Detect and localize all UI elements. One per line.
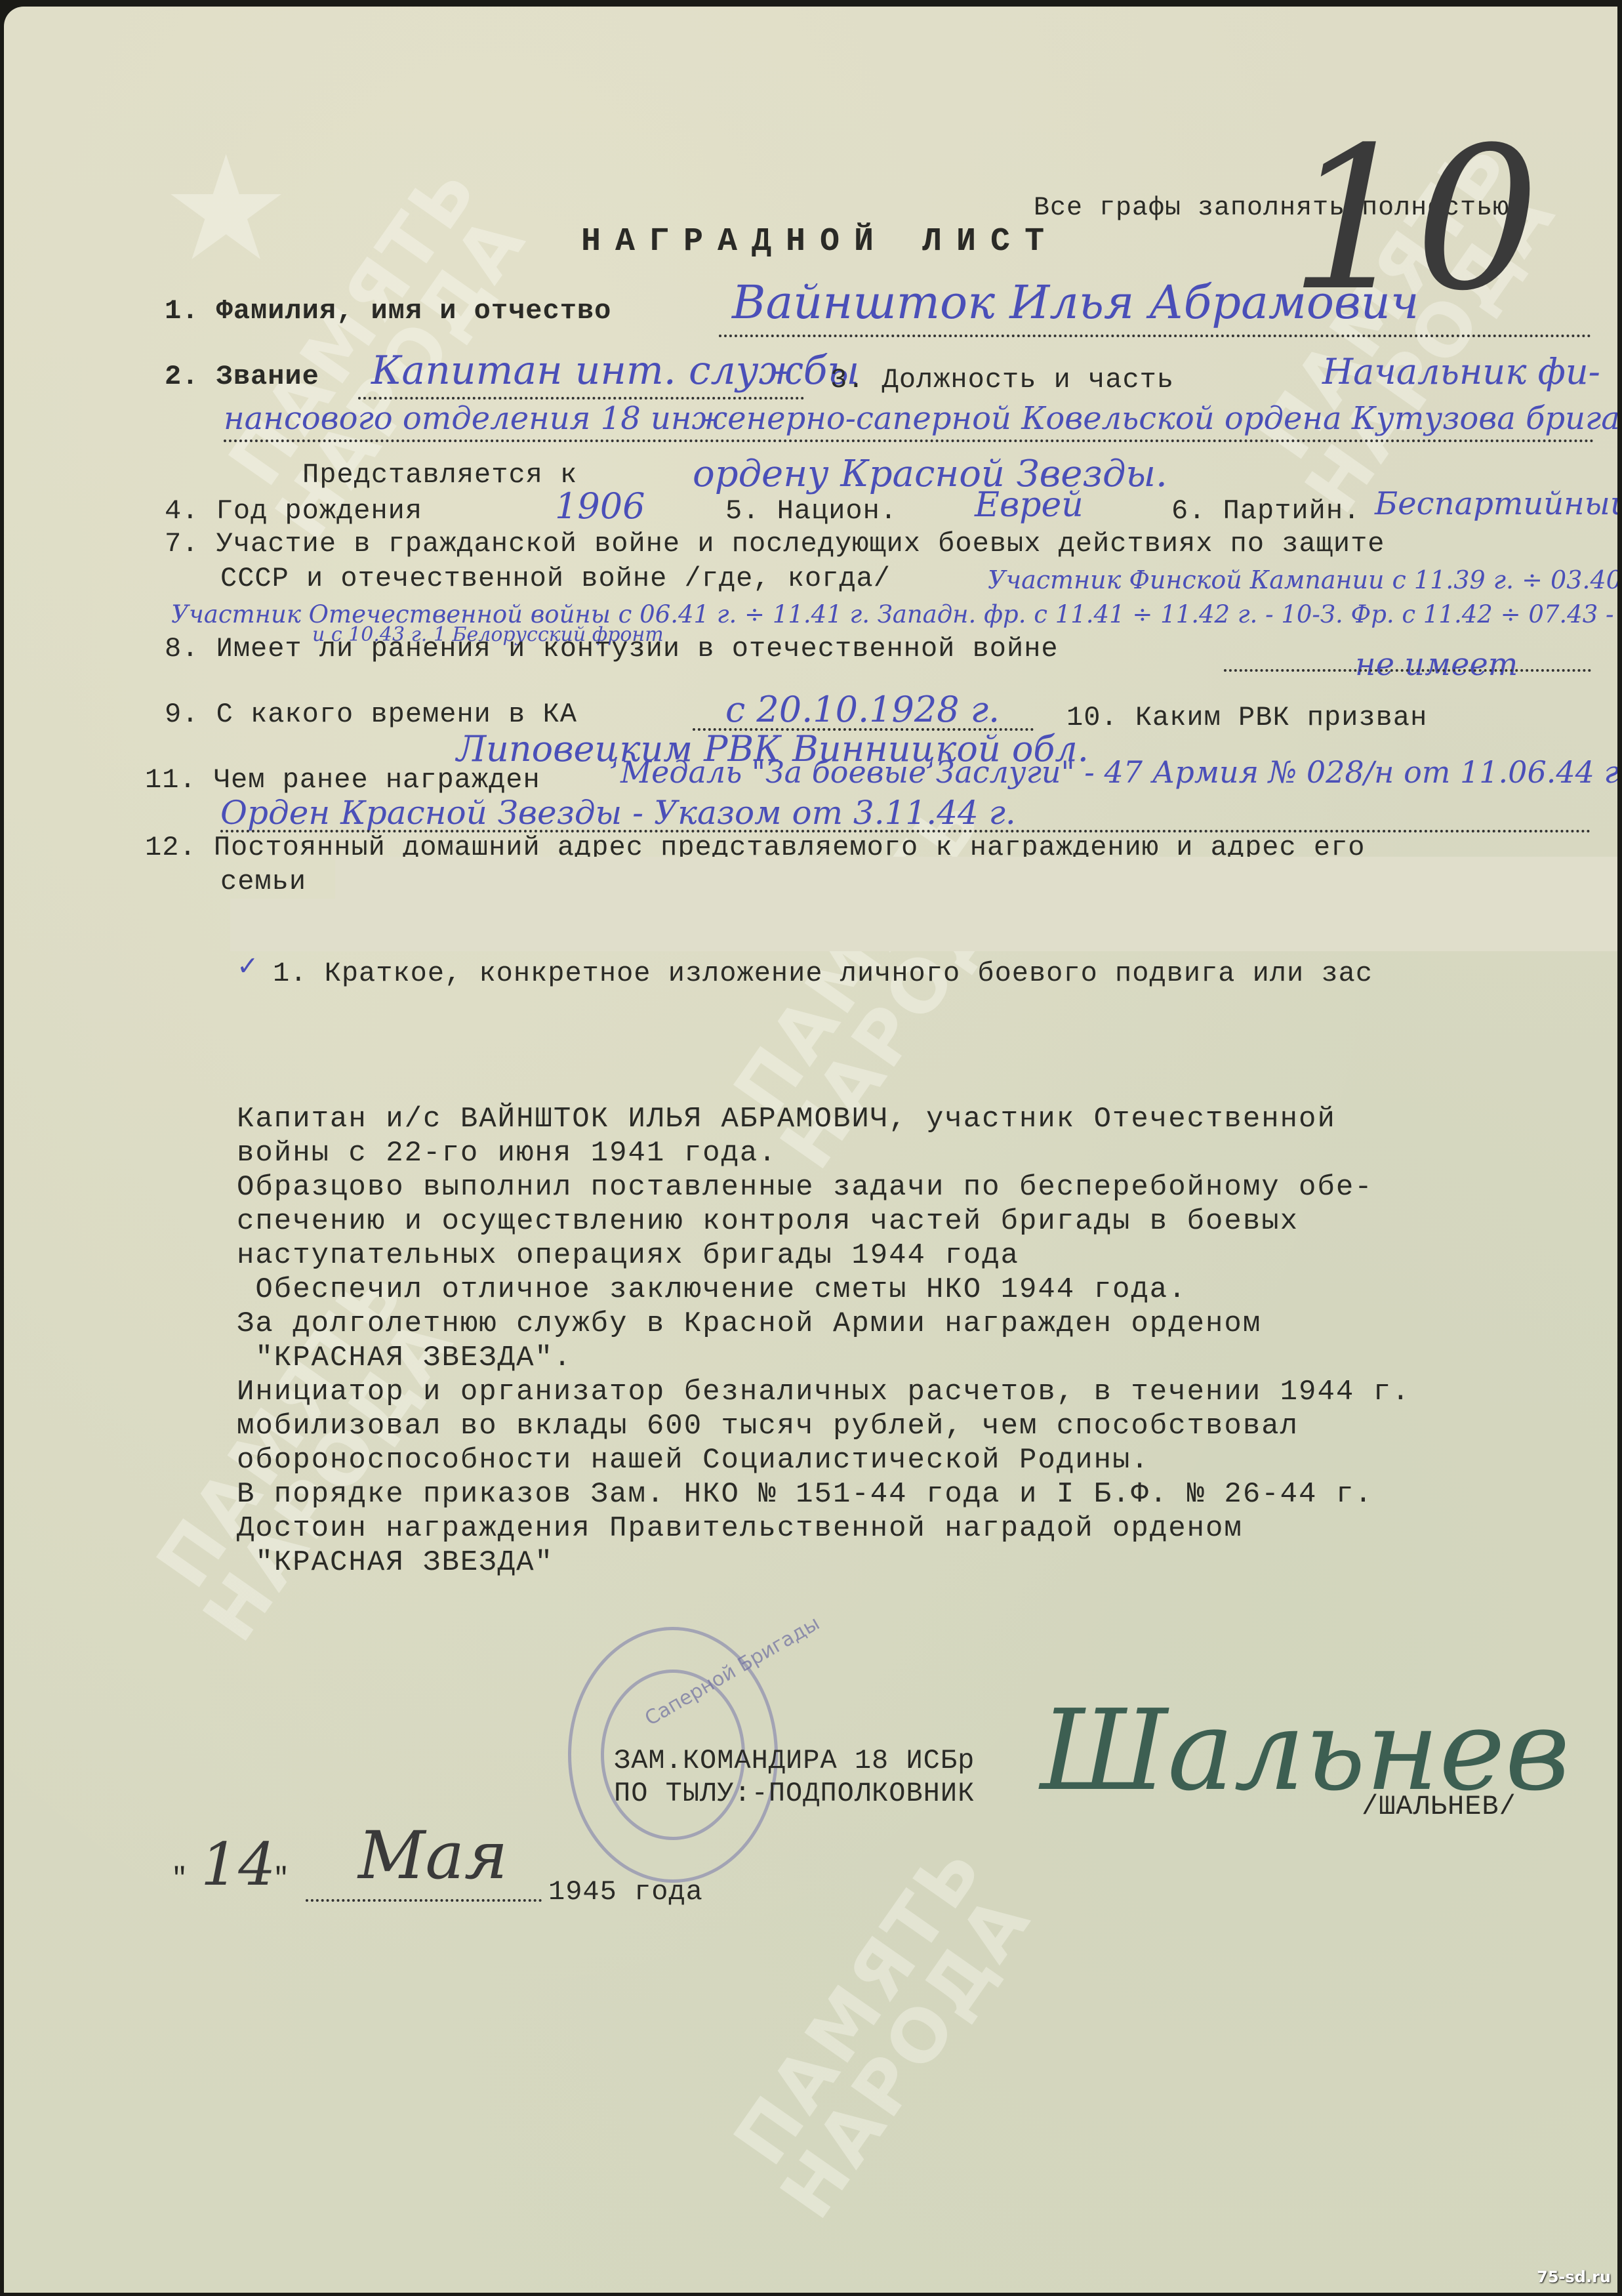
field-war-participation-label-line1: 7. Участие в гражданской войне и последу…	[165, 528, 1385, 560]
document-title: НАГРАДНОЙ ЛИСТ	[581, 223, 1059, 260]
field-birth-year-value: 1906	[555, 485, 645, 527]
field-nationality-label: 5. Национ.	[725, 495, 897, 527]
date-year: 1945 года	[548, 1876, 703, 1908]
narrative-line: "КРАСНАЯ ЗВЕЗДА".	[237, 1341, 1410, 1375]
checkmark-icon: ✓	[237, 951, 259, 981]
narrative-line: мобилизовал во вклады 600 тысяч рублей, …	[237, 1409, 1410, 1443]
field-recruitment-office-label: 10. Каким РВК призван	[1066, 702, 1427, 733]
narrative-line: спечению и осуществлению контроля частей…	[237, 1204, 1410, 1239]
field-previous-awards-value-line2: Орден Красной Звезды - Указом от 3.11.44…	[220, 794, 1016, 832]
narrative-line: Капитан и/с ВАЙНШТОК ИЛЬЯ АБРАМОВИЧ, уча…	[237, 1102, 1410, 1136]
section-heading: 1. Краткое, конкретное изложение личного…	[273, 958, 1373, 989]
field-service-since-value: с 20.10.1928 г.	[725, 689, 1000, 730]
field-war-participation-label-line2: СССР и отечественной войне /где, когда/	[220, 563, 891, 594]
narrative-line: "КРАСНАЯ ЗВЕЗДА"	[237, 1546, 1410, 1580]
field-nationality-value: Еврей	[975, 485, 1084, 525]
narrative-line: В порядке приказов Зам. НКО № 151-44 год…	[237, 1477, 1410, 1511]
date-month: Мая	[358, 1817, 508, 1894]
narrative-line: За долголетнюю службу в Красной Армии на…	[237, 1307, 1410, 1341]
field-rank-label: 2. Звание	[165, 361, 319, 392]
signer-position-line2: ПО ТЫЛУ:-ПОДПОЛКОВНИК	[614, 1778, 975, 1809]
field-home-address-label-line2: семьи	[220, 866, 306, 897]
field-wounds-value: не имеет	[1355, 646, 1518, 683]
narrative-line: Инициатор и организатор безналичных расч…	[237, 1375, 1410, 1409]
signer-position-line1: ЗАМ.КОМАНДИРА 18 ИСБр	[614, 1745, 975, 1776]
fill-line	[1224, 669, 1591, 672]
award-sheet: ★ ПАМЯТЬ НАРОДА ПАМЯТЬ НАРОДА ПАМЯТЬ НАР…	[4, 7, 1617, 2293]
narrative-text: Капитан и/с ВАЙНШТОК ИЛЬЯ АБРАМОВИЧ, уча…	[237, 1102, 1410, 1580]
field-position-value-line1: Начальник фи-	[1322, 351, 1600, 392]
field-full-name-label: 1. Фамилия, имя и отчество	[165, 295, 611, 327]
field-birth-year-label: 4. Год рождения	[165, 495, 422, 527]
date-close-quote: "	[273, 1863, 290, 1895]
field-party-value: Беспартийный	[1375, 485, 1617, 522]
field-previous-awards-label: 11. Чем ранее награжден	[145, 764, 540, 796]
fill-line	[224, 440, 1594, 442]
site-watermark: 75-sd.ru	[1537, 2268, 1611, 2286]
star-watermark-icon: ★	[161, 125, 291, 293]
field-wounds-label: 8. Имеет ли ранения и контузии в отечест…	[165, 633, 1059, 665]
field-rank-value: Капитан инт. службы	[371, 348, 859, 394]
narrative-line: наступательных операциях бригады 1944 го…	[237, 1239, 1410, 1273]
signer-name: /ШАЛЬНЕВ/	[1362, 1791, 1516, 1822]
fill-line	[693, 728, 1034, 731]
field-full-name-value: Вайншток Илья Абрамович	[732, 276, 1419, 329]
field-service-since-label: 9. С какого времени в КА	[165, 699, 577, 730]
field-previous-awards-value-line1: Медаль "За боевые Заслуги" - 47 Армия № …	[620, 754, 1617, 790]
narrative-line: Образцово выполнил поставленные задачи п…	[237, 1170, 1410, 1204]
date-day: 14	[201, 1830, 276, 1899]
narrative-line: Достоин награждения Правительственной на…	[237, 1511, 1410, 1546]
redacted-address-block	[230, 899, 1617, 951]
narrative-line: обороноспособности нашей Социалистическо…	[237, 1443, 1410, 1477]
field-position-value-line2: нансового отделения 18 инженерно-саперно…	[224, 400, 1617, 437]
fill-line	[306, 1899, 542, 1902]
narrative-line: Обеспечил отличное заключение сметы НКО …	[237, 1273, 1410, 1307]
nominated-for-label: Представляется к	[302, 459, 577, 491]
fill-line	[358, 397, 804, 400]
narrative-line: войны с 22-го июня 1941 года.	[237, 1136, 1410, 1170]
fill-line	[719, 335, 1591, 337]
field-party-label: 6. Партийн.	[1171, 495, 1360, 527]
field-war-participation-value-line1: Участник Финской Кампании с 11.39 г. ÷ 0…	[988, 565, 1617, 594]
field-position-label: 3. Должность и часть	[830, 364, 1174, 396]
nominated-for-value: ордену Красной Звезды.	[693, 453, 1167, 495]
date-open-quote: "	[171, 1863, 188, 1895]
